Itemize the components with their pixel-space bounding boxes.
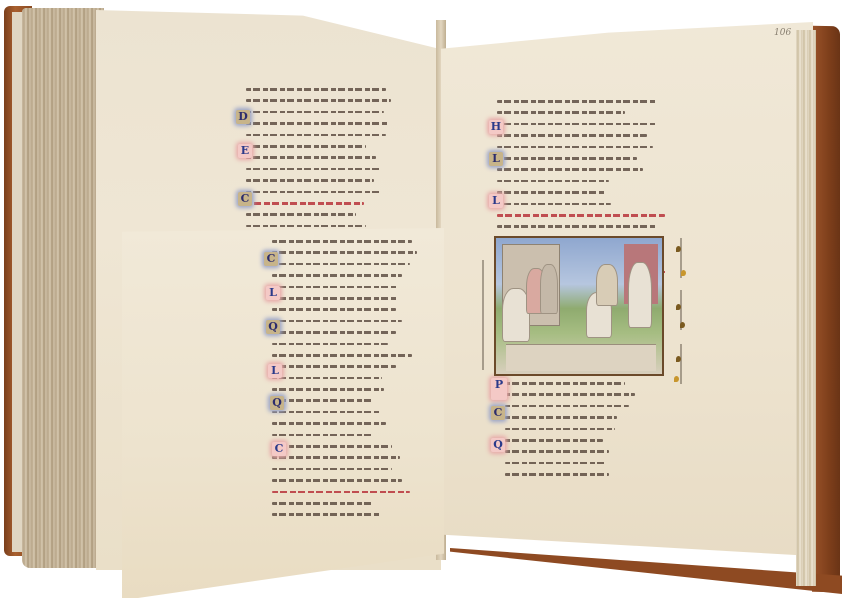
initial-letter: L — [266, 286, 280, 300]
page-block-edges — [22, 8, 104, 568]
initial-letter: Q — [266, 320, 280, 334]
folio-number: 106 — [774, 28, 791, 38]
marginal-vine — [680, 344, 682, 384]
vine-leaf — [676, 356, 681, 362]
vine-leaf — [676, 246, 681, 252]
low-wall — [506, 344, 656, 371]
bottom-cover-edge — [450, 548, 842, 594]
initial-letter: Q — [270, 396, 284, 410]
initial-letter: P — [491, 378, 507, 400]
initial-letter: C — [272, 442, 286, 456]
initial-letter: C — [238, 192, 252, 206]
initial-letter: L — [489, 194, 503, 208]
initial-letter: L — [489, 152, 503, 166]
miniature-illustration — [494, 236, 664, 376]
standing-figure — [540, 264, 558, 314]
initial-letter: C — [264, 252, 278, 266]
vine-leaf — [681, 270, 686, 276]
vine-leaf — [674, 376, 679, 382]
right-page-text-lower — [505, 382, 655, 485]
vine-leaf — [680, 322, 685, 328]
insert-leaf: C L Q L Q C — [122, 228, 444, 598]
initial-letter: C — [491, 406, 505, 420]
right-cover-binding — [812, 26, 840, 593]
initial-letter: D — [236, 110, 250, 124]
initial-letter: L — [268, 364, 282, 378]
insert-leaf-text — [272, 240, 432, 525]
right-page-block-edges — [796, 30, 816, 586]
initial-letter: H — [489, 120, 503, 134]
vine-leaf — [676, 304, 681, 310]
initial-letter: Q — [491, 438, 505, 452]
marginal-vine — [482, 260, 484, 370]
initial-letter: E — [238, 144, 252, 158]
bearded-figure — [596, 264, 618, 306]
mitred-figure — [628, 262, 652, 328]
